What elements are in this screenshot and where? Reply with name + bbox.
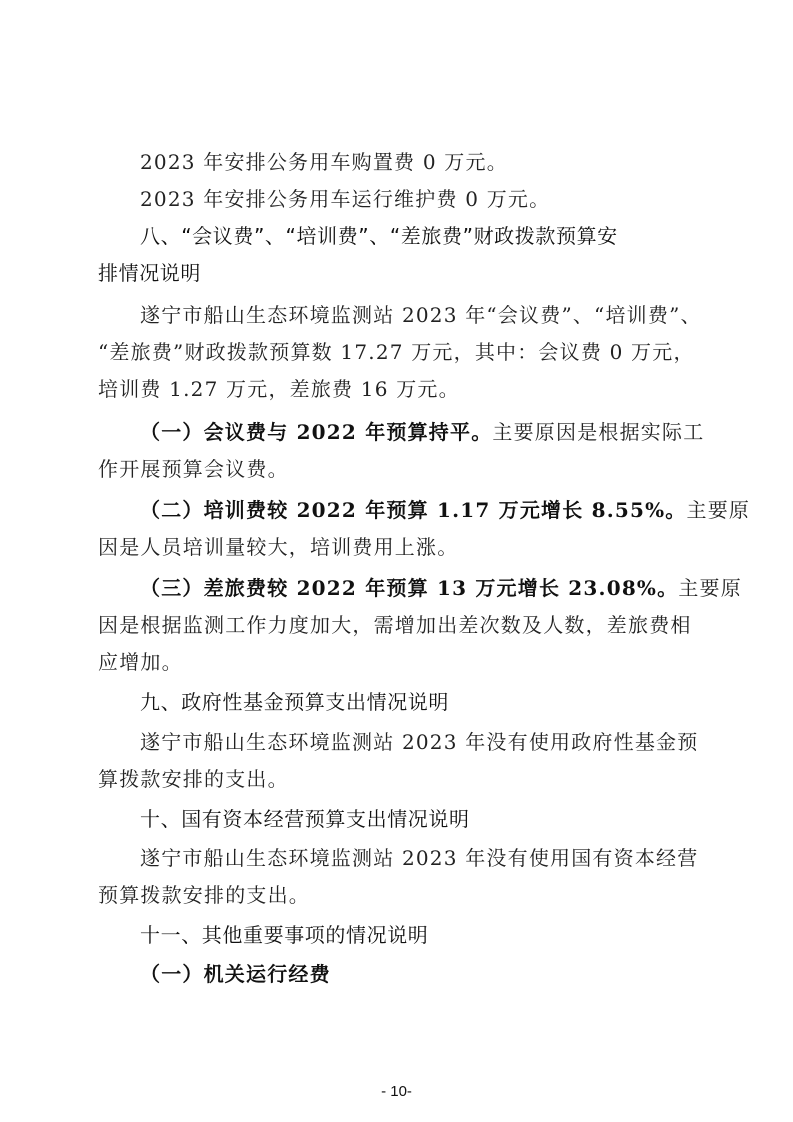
- subsection-travel-fee-title: （三）差旅费较 2022 年预算 13 万元增长 23.08%。: [140, 576, 678, 600]
- subsection-meeting-fee-title: （一）会议费与 2022 年预算持平。: [140, 420, 492, 444]
- subsection-training-fee-cont: 因是人员培训量较大，培训费用上涨。: [98, 535, 458, 559]
- paragraph-gov-fund-cont: 算拨款安排的支出。: [98, 767, 289, 791]
- subsection-operating-expenses: （一）机关运行经费: [140, 962, 331, 986]
- subsection-travel-fee: （三）差旅费较 2022 年预算 13 万元增长 23.08%。主要原: [140, 576, 742, 600]
- subsection-training-fee-text: 主要原: [687, 498, 751, 522]
- paragraph-three-fees-cont: “差旅费”财政拨款预算数 17.27 万元，其中：会议费 0 万元，: [98, 340, 695, 364]
- subsection-meeting-fee-text: 主要原因是根据实际工: [492, 420, 704, 444]
- subsection-travel-fee-cont2: 应增加。: [98, 650, 183, 674]
- section-heading-8: 八、“会议费”、“培训费”、“差旅费”财政拨款预算安: [140, 224, 618, 248]
- section-heading-11: 十一、其他重要事项的情况说明: [140, 923, 428, 947]
- subsection-meeting-fee-cont: 作开展预算会议费。: [98, 457, 289, 481]
- section-heading-9: 九、政府性基金预算支出情况说明: [140, 690, 449, 714]
- subsection-meeting-fee: （一）会议费与 2022 年预算持平。主要原因是根据实际工: [140, 420, 704, 444]
- paragraph-state-capital-cont: 预算拨款安排的支出。: [98, 883, 310, 907]
- section-heading-10: 十、国有资本经营预算支出情况说明: [140, 807, 470, 831]
- paragraph-three-fees-cont2: 培训费 1.27 万元，差旅费 16 万元。: [98, 377, 460, 401]
- paragraph-vehicle-maintenance: 2023 年安排公务用车运行维护费 0 万元。: [140, 187, 550, 211]
- paragraph-vehicle-purchase: 2023 年安排公务用车购置费 0 万元。: [140, 150, 508, 174]
- paragraph-three-fees: 遂宁市船山生态环境监测站 2023 年“会议费”、“培训费”、: [140, 303, 702, 327]
- page-number: - 10-: [0, 1083, 793, 1100]
- section-heading-8-cont: 排情况说明: [98, 261, 201, 285]
- document-page: 2023 年安排公务用车购置费 0 万元。 2023 年安排公务用车运行维护费 …: [0, 0, 793, 1122]
- subsection-travel-fee-text: 主要原: [678, 576, 742, 600]
- subsection-training-fee: （二）培训费较 2022 年预算 1.17 万元增长 8.55%。主要原: [140, 498, 750, 522]
- subsection-travel-fee-cont: 因是根据监测工作力度加大，需增加出差次数及人数，差旅费相: [98, 613, 692, 637]
- paragraph-gov-fund: 遂宁市船山生态环境监测站 2023 年没有使用政府性基金预: [140, 730, 698, 754]
- subsection-training-fee-title: （二）培训费较 2022 年预算 1.17 万元增长 8.55%。: [140, 498, 687, 522]
- paragraph-state-capital: 遂宁市船山生态环境监测站 2023 年没有使用国有资本经营: [140, 846, 698, 870]
